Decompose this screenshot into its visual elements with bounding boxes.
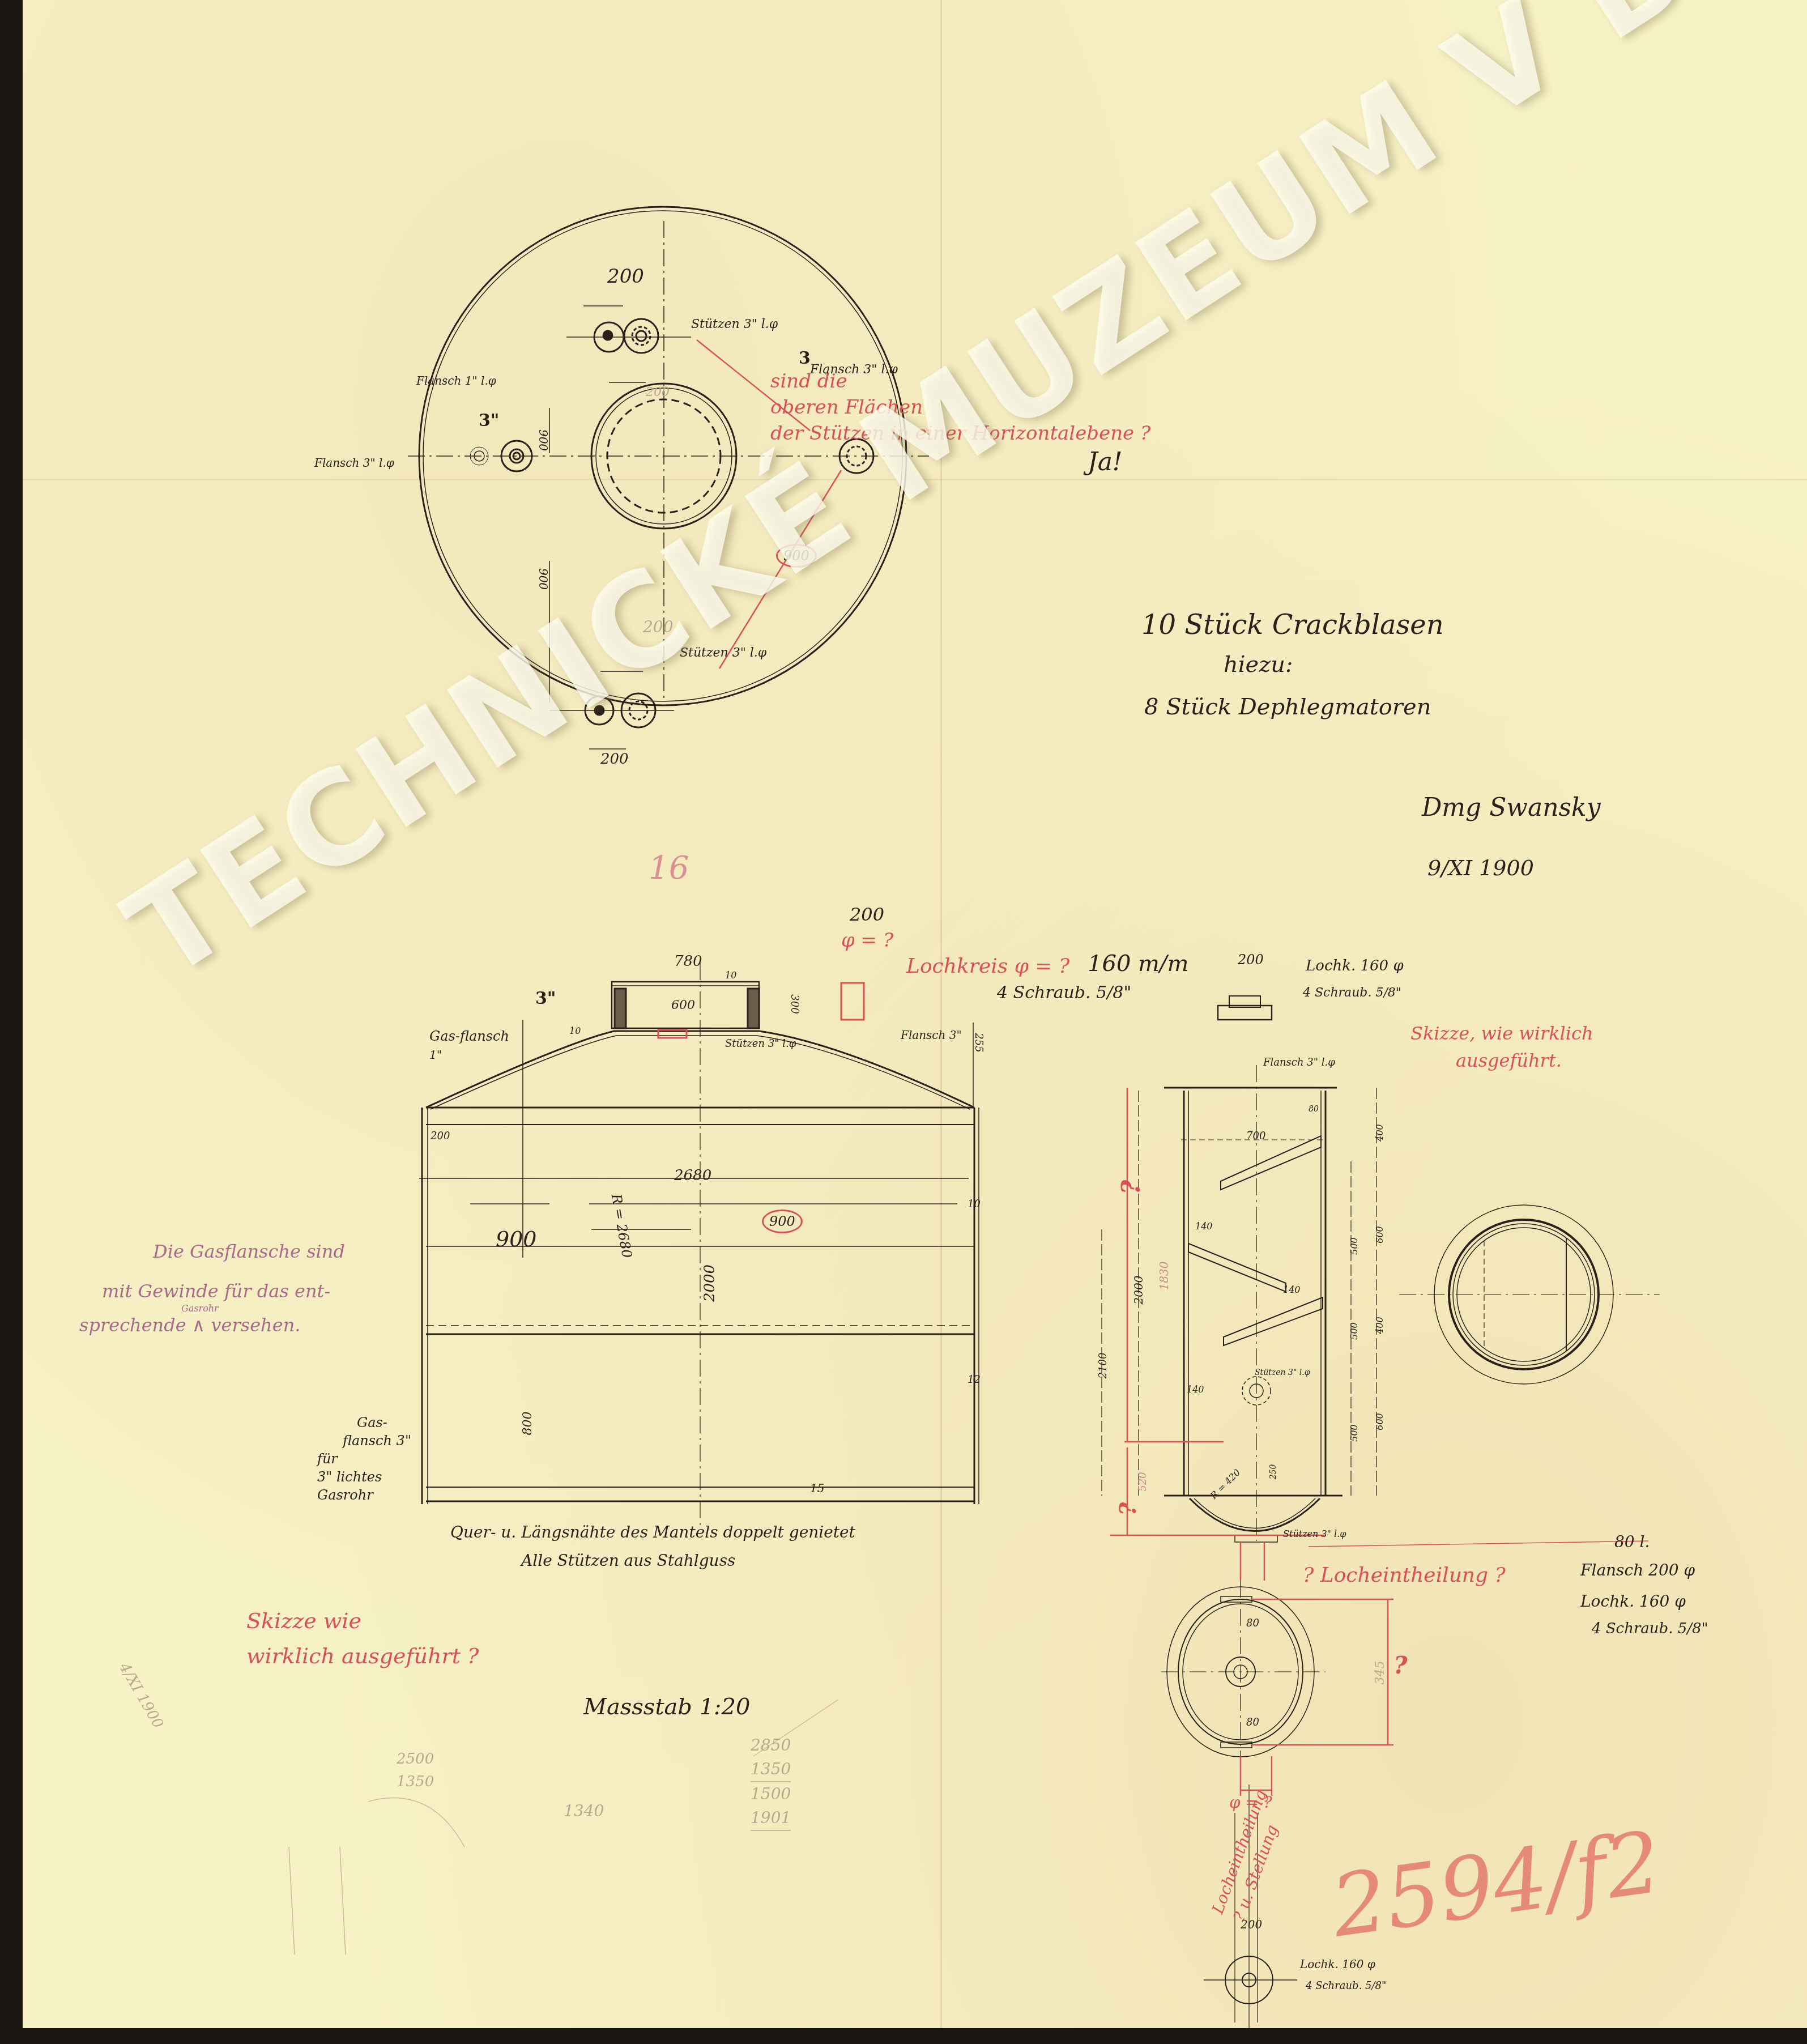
- side-note-cast-steel: Alle Stützen aus Stahlguss: [521, 1551, 735, 1570]
- side-dim-300: 300: [789, 994, 800, 1014]
- bottom-red-q: ?: [1393, 1651, 1408, 1679]
- pencil-calc-middle: 1340: [564, 1802, 604, 1820]
- deph-red-question-height: ?: [1117, 1180, 1146, 1195]
- side-dim-255: 255: [973, 1033, 985, 1052]
- side-flansch-right: Flansch 3": [901, 1028, 962, 1042]
- pencil-calc-right: 2850 1350 1500 1901: [751, 1734, 791, 1831]
- side-dim-2680: 2680: [674, 1167, 711, 1184]
- side-gas-flansch: Gas-flansch: [429, 1028, 509, 1044]
- deph-schraub: 4 Schraub. 5/8": [1303, 986, 1401, 1000]
- deph-dim-1830: 1830: [1157, 1262, 1171, 1291]
- red-sketch-question: Skizze wie wirklich ausgeführt ?: [246, 1603, 479, 1673]
- deph-red-question-bottom: ?: [1115, 1502, 1141, 1515]
- bottom-red-locheintheilung: ? Locheintheilung ?: [1303, 1564, 1506, 1587]
- plan-dim-200-top: 200: [607, 265, 644, 288]
- deph-dim-250: 250: [1269, 1464, 1278, 1480]
- deph-dim-500-b: 500: [1349, 1322, 1359, 1340]
- side-dim-2000: 2000: [701, 1264, 718, 1302]
- deph-stutzen-bottom: Stützen 3" l.φ: [1283, 1528, 1346, 1539]
- side-dim-10-right: 10: [968, 1198, 981, 1210]
- side-dim-12: 12: [968, 1374, 981, 1386]
- side-gas-flansch-size: 1": [429, 1048, 442, 1062]
- deph-flansch-label: Flansch 3" l.φ: [1263, 1057, 1335, 1068]
- deph-dim-140-c: 140: [1187, 1384, 1204, 1395]
- deph-dim-2000: 2000: [1132, 1276, 1145, 1305]
- side-gas-label: Gas- flansch 3" für 3" lichtes Gasrohr: [317, 1413, 411, 1504]
- plan-dim-900-lower: 900: [536, 568, 550, 590]
- plan-nozzle-bottom-label: Stützen 3" l.φ: [680, 646, 766, 660]
- sheet-number: 16: [649, 850, 689, 887]
- plan-dim-200-under: 200: [646, 385, 670, 399]
- plan-flange-left-inner-label: Flansch 1" l.φ: [416, 374, 496, 387]
- scale-label: Massstab 1:20: [583, 1694, 750, 1720]
- side-dim-10-top: 10: [725, 970, 736, 981]
- deph-dim-140-a: 140: [1195, 1221, 1213, 1232]
- deph-top-dim-200: 200: [1238, 952, 1264, 968]
- deph-dim-700: 700: [1246, 1130, 1265, 1142]
- pencil-calc-left: 2500 1350: [397, 1748, 434, 1793]
- plan-flange-left-outer-label: Flansch 3" l.φ: [314, 456, 394, 470]
- title-line-1: 10 Stück Crackblasen: [1141, 609, 1444, 641]
- title-line-2: hiezu:: [1224, 651, 1293, 678]
- left-note-line-3: sprechende ∧ versehen.: [79, 1314, 300, 1336]
- deph-dim-2100: 2100: [1097, 1353, 1109, 1379]
- deph-dim-500-a: 500: [1349, 1237, 1359, 1255]
- side-dim-15: 15: [810, 1481, 824, 1495]
- left-note-line-2: mit Gewinde für das ent-: [102, 1280, 330, 1302]
- deph-red-answer: Skizze, wie wirklich ausgeführt.: [1410, 1020, 1593, 1074]
- deph-dim-400-a: 400: [1374, 1124, 1385, 1142]
- plan-answer-ja: Ja!: [1088, 448, 1123, 476]
- deph-dim-400-b: 400: [1374, 1317, 1385, 1334]
- plan-dim-900-upper: 900: [536, 429, 550, 451]
- plan-view-drawing: [408, 207, 929, 749]
- bottom-dim-345: 345: [1373, 1661, 1387, 1685]
- spec-80l: 80 l.: [1614, 1532, 1650, 1551]
- technical-linework: [23, 0, 1807, 2028]
- title-line-3: 8 Stück Dephlegmatoren: [1144, 694, 1431, 720]
- deph-dim-500-c: 500: [1349, 1424, 1359, 1442]
- dephlegmator-drawing: [1102, 996, 1376, 1542]
- side-schrauben: 4 Schraub. 5/8": [997, 983, 1131, 1003]
- side-phi-question: φ = ?: [841, 929, 893, 952]
- deph-dim-80: 80: [1309, 1105, 1319, 1114]
- side-dim-600: 600: [671, 998, 695, 1012]
- bottom-dim-200: 200: [1241, 1918, 1262, 1931]
- side-dim-200-small: 200: [431, 1130, 450, 1142]
- deph-dim-600-b: 600: [1374, 1413, 1385, 1430]
- deph-dim-520: 520: [1137, 1472, 1149, 1491]
- dephlegmator-plan-circle: [1399, 1205, 1660, 1384]
- deph-lochk: Lochk. 160 φ: [1306, 957, 1404, 974]
- side-label-3: 3": [535, 989, 556, 1008]
- side-dim-200-top: 200: [850, 904, 884, 925]
- plan-dim-200-bottom: 200: [600, 751, 629, 768]
- spec-lochk: Lochk. 160 φ: [1580, 1592, 1686, 1611]
- spec-schraub: 4 Schraub. 5/8": [1592, 1620, 1708, 1637]
- bottom-lochk: Lochk. 160 φ: [1300, 1957, 1375, 1971]
- side-dim-780: 780: [674, 953, 702, 970]
- side-dim-900-circled: 900: [762, 1210, 803, 1233]
- bottom-dim-80-bottom: 80: [1246, 1717, 1259, 1728]
- drawing-sheet: 200 200 Stützen 3" l.φ Stützen 3" l.φ Fl…: [23, 0, 1807, 2028]
- side-stutzen-top: Stützen 3" l.φ: [725, 1038, 796, 1050]
- deph-dim-600-a: 600: [1374, 1226, 1385, 1244]
- left-note-line-1: Die Gasflansche sind: [153, 1241, 345, 1262]
- plan-dim-900-right-circled: 900: [776, 544, 817, 568]
- left-note-insert: Gasrohr: [181, 1303, 219, 1314]
- side-lochkreis-answer: 160 m/m: [1088, 951, 1188, 977]
- plan-nozzle-top-label: Stützen 3" l.φ: [691, 317, 778, 331]
- side-lochkreis-question: Lochkreis φ = ?: [906, 955, 1069, 978]
- side-dim-800: 800: [521, 1412, 535, 1436]
- deph-stutzen-side: Stützen 3" l.φ: [1255, 1368, 1310, 1377]
- signature: Dmg Swansky: [1422, 793, 1601, 822]
- bottom-schraub: 4 Schraub. 5/8": [1306, 1980, 1386, 1992]
- side-note-rivets: Quer- u. Längsnähte des Mantels doppelt …: [450, 1523, 855, 1541]
- plan-dim-200-bottom-top: 200: [643, 618, 673, 636]
- plan-label-3-left: 3": [479, 411, 500, 431]
- plan-red-question: sind die oberen Flächen der Stützen in e…: [770, 368, 1150, 446]
- spec-flansch: Flansch 200 φ: [1580, 1561, 1695, 1579]
- deph-dim-140-b: 140: [1283, 1284, 1301, 1295]
- date: 9/XI 1900: [1427, 855, 1534, 880]
- side-dim-900-left: 900: [496, 1227, 537, 1251]
- bottom-dim-80-top: 80: [1246, 1617, 1259, 1629]
- plan-label-3-right: 3: [799, 348, 811, 368]
- side-dim-10-wall: 10: [569, 1025, 581, 1036]
